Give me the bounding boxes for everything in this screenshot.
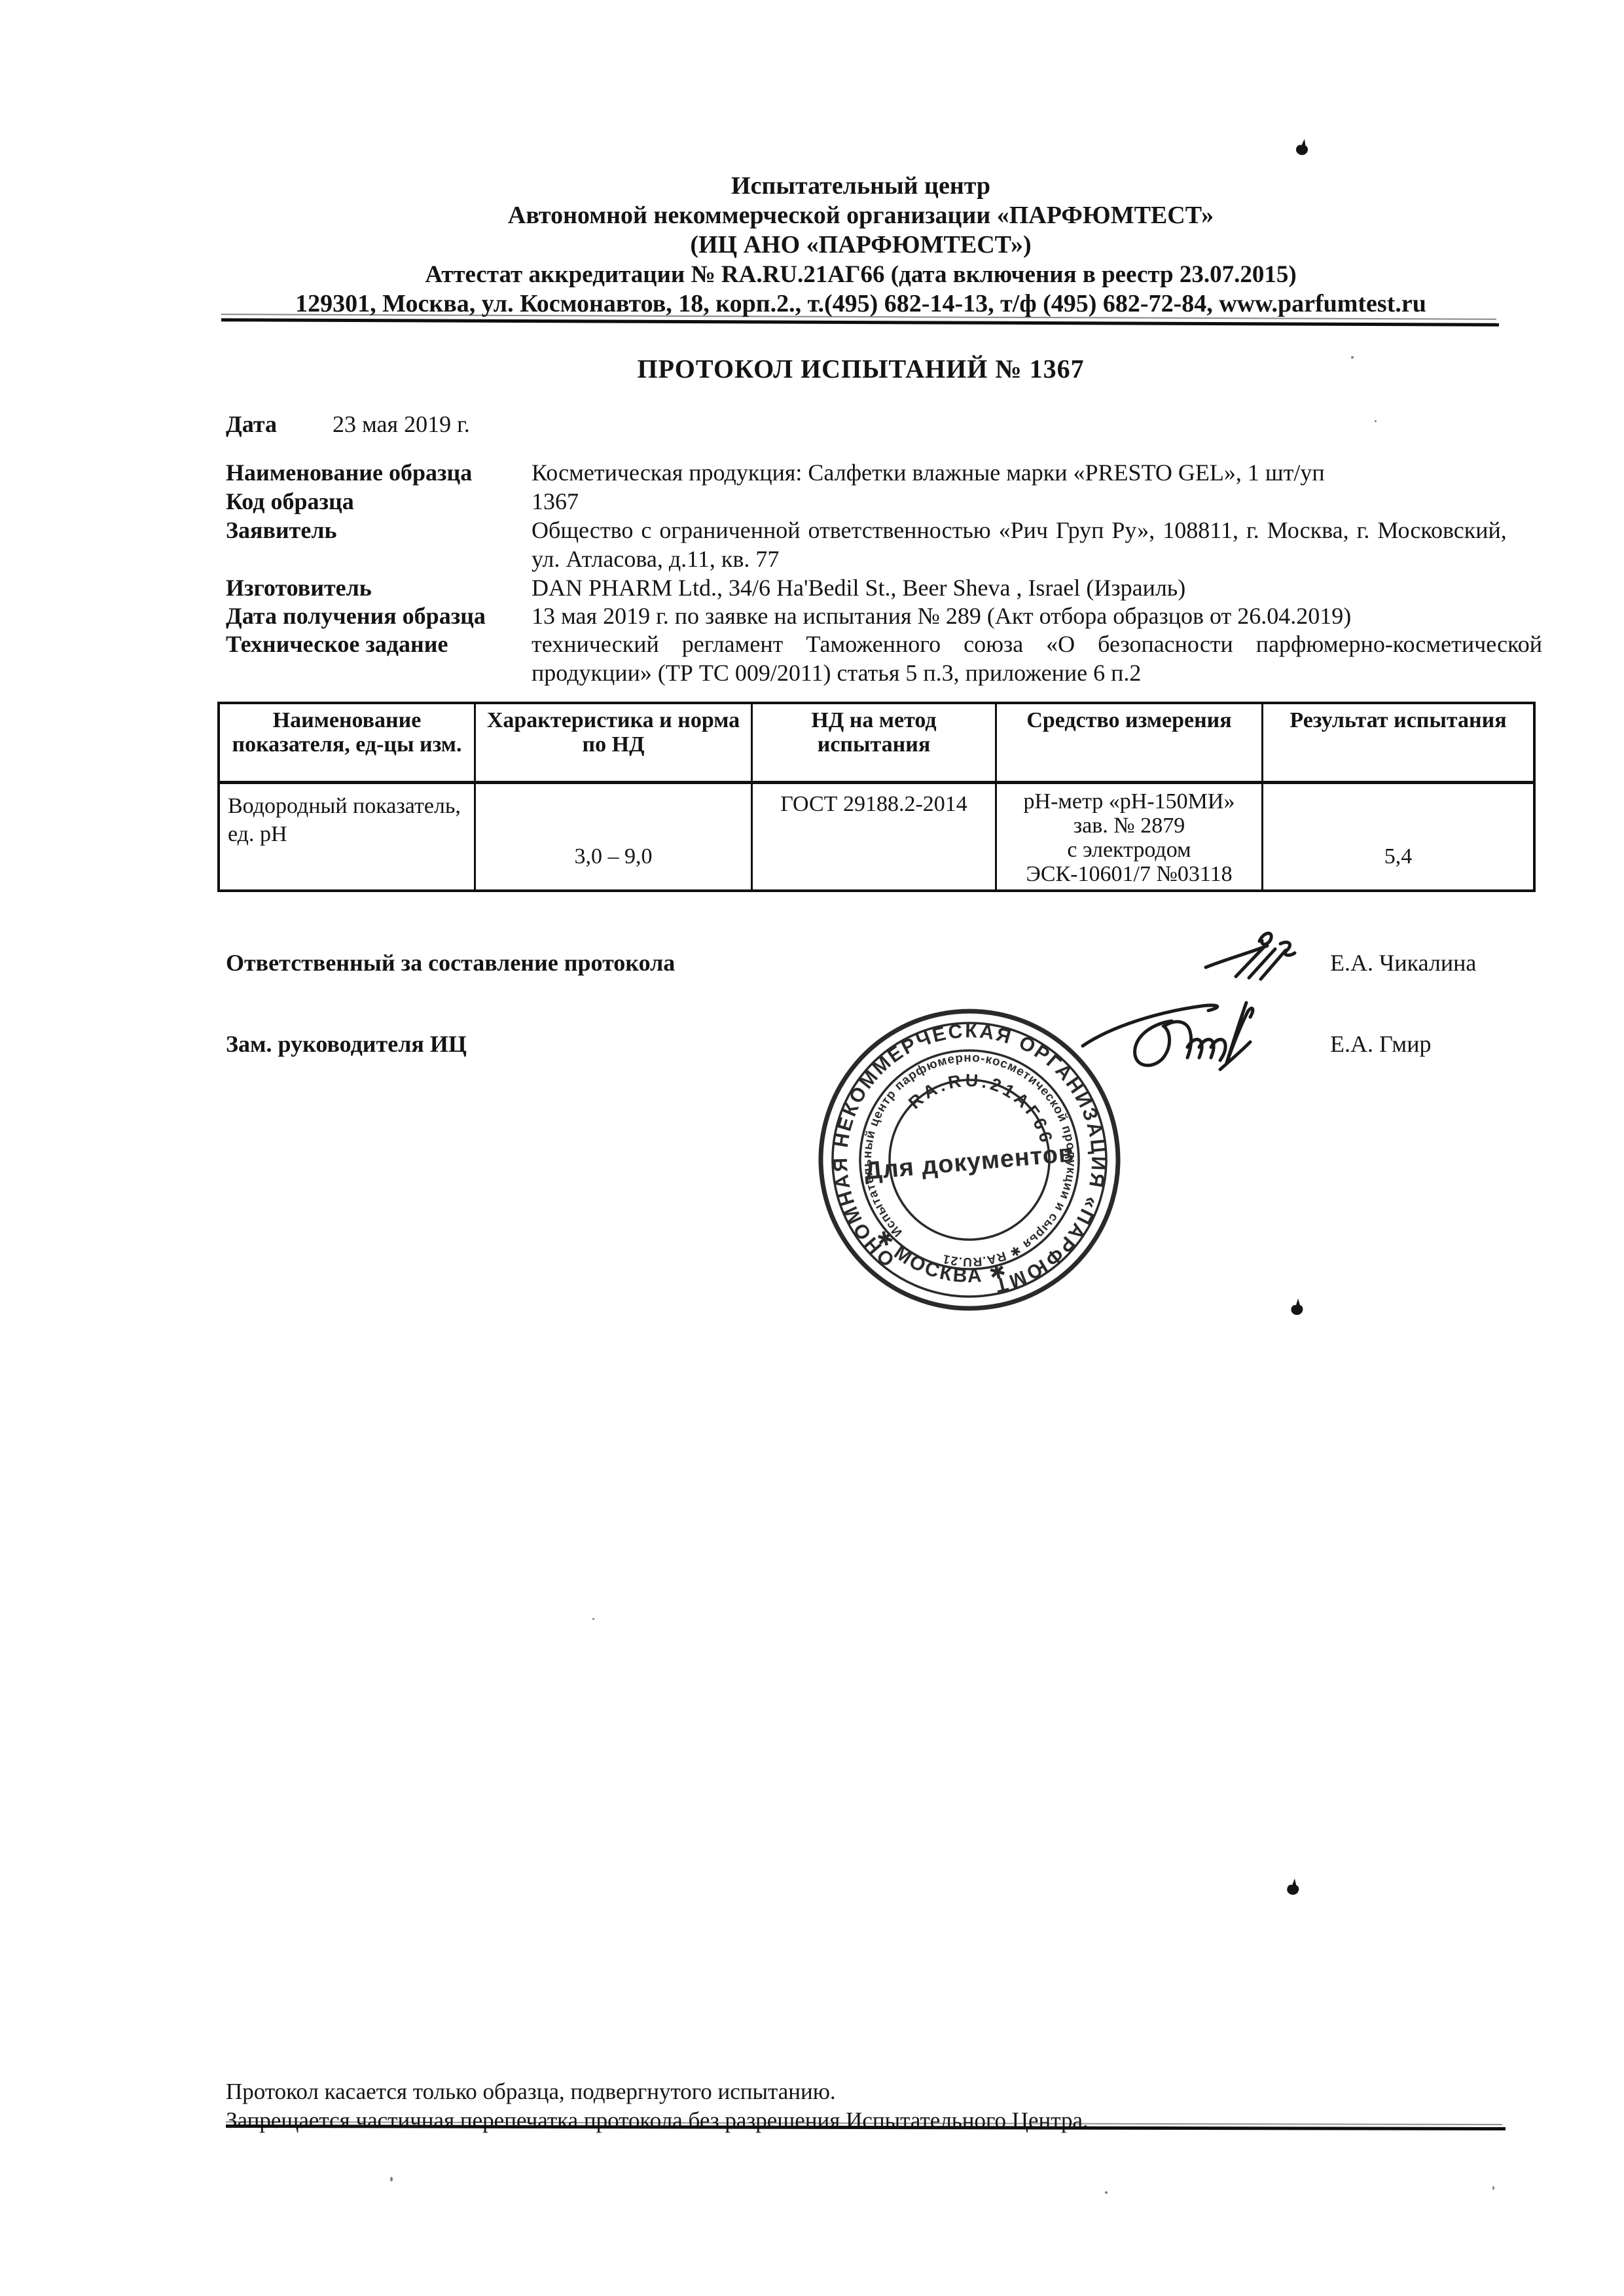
col-header-result: Результат испытания [1263,704,1533,781]
col-header-instrument: Средство измерения [997,704,1263,781]
stamp-center-text: Для документов [863,1139,1075,1185]
instrument-line: зав. № 2879 [997,814,1261,838]
instrument-line: pH-метр «pH-150МИ» [997,789,1261,814]
signature-name-chikalina: Е.А. Чикалина [1330,949,1476,977]
field-label: Дата получения образца [226,601,532,630]
cell-norm: 3,0 – 9,0 [476,784,753,889]
handwritten-signature-1 [1202,924,1313,986]
letterhead: Испытательный центр Автономной некоммерч… [223,171,1499,319]
date-label: Дата [226,410,333,439]
field-label: Изготовитель [226,573,532,602]
field-row-manufacturer: ИзготовительDAN PHARM Ltd., 34/6 Ha'Bedi… [226,573,1501,602]
field-row-technical-task: Техническое заданиетехнический регламент… [226,630,1501,687]
field-row-sample-code: Код образца1367 [226,487,1501,516]
scan-speck [1351,356,1354,359]
field-value-line: Общество с ограниченной ответственностью… [532,516,1499,545]
signature-role-deputy-head: Зам. руководителя ИЦ [226,1030,467,1058]
cell-indicator: Водородный показатель, ед. pH [220,784,476,889]
table-row: Водородный показатель, ед. pH 3,0 – 9,0 … [220,784,1533,889]
header-rule [221,318,1499,326]
letterhead-org-name: Автономной некоммерческой организации «П… [223,201,1499,230]
signature-role-protocol-author: Ответственный за составление протокола [226,949,675,977]
field-value-line: ул. Атласова, д.11, кв. 77 [532,545,1499,573]
cell-method: ГОСТ 29188.2-2014 [753,784,997,889]
scan-speck [1375,420,1377,422]
scan-speck [592,1618,594,1620]
col-header-indicator: Наименование показателя, ед-цы изм. [220,704,476,781]
cell-instrument: pH-метр «pH-150МИ» зав. № 2879 с электро… [997,784,1263,889]
field-value: 1367 [532,487,1499,516]
scanned-test-report-page: Испытательный центр Автономной некоммерч… [0,0,1624,2296]
cell-result: 5,4 [1263,784,1533,889]
date-row: Дата23 мая 2019 г. [226,410,1501,439]
field-label: Наименование образца [226,458,532,487]
ink-blot [1291,1299,1304,1316]
scan-speck [390,2177,393,2181]
field-value-line: технический регламент Таможенного союза … [532,630,1499,658]
handwritten-signature-2 [1072,994,1275,1092]
letterhead-accreditation: Аттестат аккредитации № RA.RU.21АГ66 (да… [223,260,1499,289]
field-label: Заявитель [226,516,532,545]
letterhead-org-short: (ИЦ АНО «ПАРФЮМТЕСТ») [223,230,1499,260]
ink-blot [1295,138,1310,158]
date-value: 23 мая 2019 г. [333,410,1300,439]
field-value: DAN PHARM Ltd., 34/6 Ha'Bedil St., Beer … [532,573,1499,602]
field-value: Общество с ограниченной ответственностью… [532,516,1499,573]
field-row-sample-name: Наименование образцаКосметическая продук… [226,458,1501,487]
footer-note-1: Протокол касается только образца, подвер… [226,2079,836,2105]
scan-speck [1492,2186,1494,2190]
col-header-method: НД на метод испытания [753,704,997,781]
page-title: ПРОТОКОЛ ИСПЫТАНИЙ № 1367 [223,353,1499,384]
field-row-applicant: ЗаявительОбщество с ограниченной ответст… [226,516,1501,573]
col-header-norm: Характеристика и норма по НД [476,704,753,781]
ink-blot [1286,1878,1301,1896]
field-label: Техническое задание [226,630,532,658]
scan-speck [1105,2191,1108,2194]
field-value: 13 мая 2019 г. по заявке на испытания № … [532,601,1499,630]
results-table-header: Наименование показателя, ед-цы изм. Хара… [220,704,1533,784]
instrument-line: ЭСК-10601/7 №03118 [997,862,1261,886]
footer-note-2: Запрещается частичная перепечатка проток… [226,2108,1089,2134]
results-table: Наименование показателя, ед-цы изм. Хара… [217,702,1536,892]
letterhead-org-type: Испытательный центр [223,171,1499,201]
signature-name-gmir: Е.А. Гмир [1330,1030,1431,1058]
field-row-receive-date: Дата получения образца13 мая 2019 г. по … [226,601,1501,630]
instrument-line: с электродом [997,838,1261,862]
field-value-line: продукции» (ТР ТС 009/2011) статья 5 п.3… [532,658,1499,687]
field-label: Код образца [226,487,532,516]
field-value: технический регламент Таможенного союза … [532,630,1499,687]
field-value: Косметическая продукция: Салфетки влажны… [532,458,1499,487]
